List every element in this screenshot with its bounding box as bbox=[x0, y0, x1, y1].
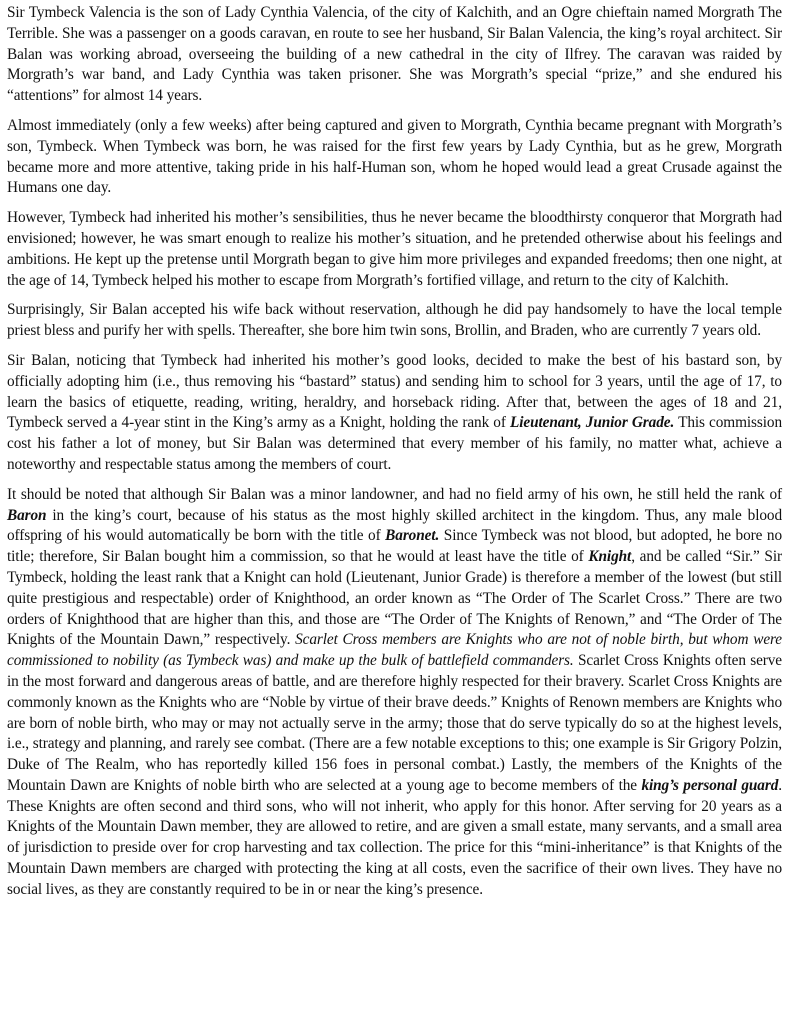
paragraph-text: Surprisingly, Sir Balan accepted his wif… bbox=[7, 301, 782, 339]
emphasis-kings-guard: king’s personal guard bbox=[641, 777, 778, 794]
paragraph-origin: Sir Tymbeck Valencia is the son of Lady … bbox=[7, 3, 782, 107]
paragraph-return: Surprisingly, Sir Balan accepted his wif… bbox=[7, 300, 782, 342]
paragraph-text: Sir Tymbeck Valencia is the son of Lady … bbox=[7, 4, 782, 104]
emphasis-rank: Lieutenant, Junior Grade. bbox=[510, 414, 674, 431]
emphasis-baronet: Baronet. bbox=[385, 527, 439, 544]
paragraph-text: Almost immediately (only a few weeks) af… bbox=[7, 117, 782, 196]
paragraph-birth: Almost immediately (only a few weeks) af… bbox=[7, 116, 782, 199]
paragraph-knighthood: It should be noted that although Sir Bal… bbox=[7, 485, 782, 901]
paragraph-text: It should be noted that although Sir Bal… bbox=[7, 486, 782, 503]
emphasis-baron: Baron bbox=[7, 507, 46, 524]
paragraph-text: Scarlet Cross Knights often serve in the… bbox=[7, 652, 782, 794]
paragraph-escape: However, Tymbeck had inherited his mothe… bbox=[7, 208, 782, 291]
paragraph-adoption: Sir Balan, noticing that Tymbeck had inh… bbox=[7, 351, 782, 476]
document-page: Sir Tymbeck Valencia is the son of Lady … bbox=[0, 0, 788, 901]
paragraph-text: . These Knights are often second and thi… bbox=[7, 777, 782, 898]
paragraph-text: However, Tymbeck had inherited his mothe… bbox=[7, 209, 782, 288]
emphasis-knight: Knight bbox=[588, 548, 631, 565]
